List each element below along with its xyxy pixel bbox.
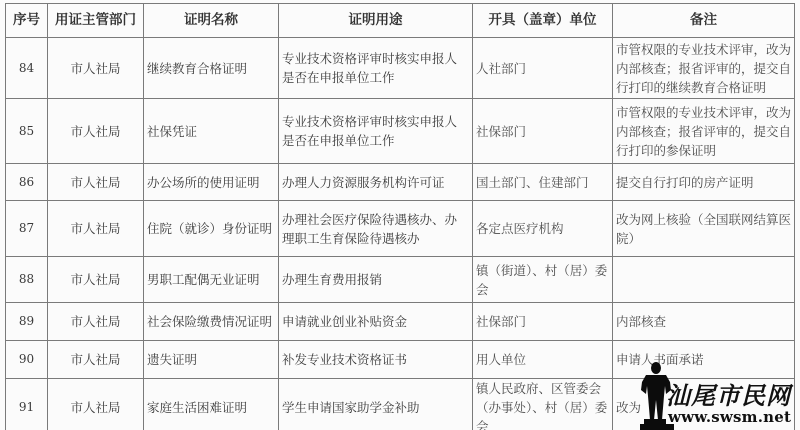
cell-num: 89: [6, 303, 48, 341]
table-row: 91 市人社局 家庭生活困难证明 学生申请国家助学金补助 镇人民政府、区管委会（…: [6, 379, 795, 430]
cell-num: 88: [6, 257, 48, 303]
cell-name: 办公场所的使用证明: [144, 164, 279, 201]
cell-num: 86: [6, 164, 48, 201]
cell-name: 男职工配偶无业证明: [144, 257, 279, 303]
cell-note: 提交自行打印的房产证明: [613, 164, 795, 201]
header-unit: 开具（盖章）单位: [473, 4, 613, 38]
cell-use: 学生申请国家助学金补助: [279, 379, 473, 430]
cell-use: 专业技术资格评审时核实申报人是否在申报单位工作: [279, 38, 473, 99]
cell-note: 市管权限的专业技术评审，改为内部核查；报省评审的，提交自行打印的继续教育合格证明: [613, 38, 795, 99]
cell-note: 改为网上核验（全国联网结算医院）: [613, 201, 795, 257]
cell-unit: 镇（街道）、村（居）委会: [473, 257, 613, 303]
cell-use: 办理人力资源服务机构许可证: [279, 164, 473, 201]
table-row: 84 市人社局 继续教育合格证明 专业技术资格评审时核实申报人是否在申报单位工作…: [6, 38, 795, 99]
table-row: 89 市人社局 社会保险缴费情况证明 申请就业创业补贴资金 社保部门 内部核查: [6, 303, 795, 341]
cell-note: 改为: [613, 379, 795, 430]
cell-dept: 市人社局: [48, 303, 144, 341]
document-page: 序号 用证主管部门 证明名称 证明用途 开具（盖章）单位 备注 84 市人社局 …: [0, 0, 800, 430]
cell-note: 内部核查: [613, 303, 795, 341]
cell-dept: 市人社局: [48, 379, 144, 430]
cell-dept: 市人社局: [48, 38, 144, 99]
cell-num: 85: [6, 99, 48, 164]
table-row: 87 市人社局 住院（就诊）身份证明 办理社会医疗保险待遇核办、办理职工生育保险…: [6, 201, 795, 257]
table-row: 88 市人社局 男职工配偶无业证明 办理生育费用报销 镇（街道）、村（居）委会: [6, 257, 795, 303]
cell-name: 社保凭证: [144, 99, 279, 164]
cell-use: 申请就业创业补贴资金: [279, 303, 473, 341]
cell-note: [613, 257, 795, 303]
cell-unit: 各定点医疗机构: [473, 201, 613, 257]
cell-dept: 市人社局: [48, 164, 144, 201]
cell-dept: 市人社局: [48, 99, 144, 164]
header-use: 证明用途: [279, 4, 473, 38]
cell-name: 继续教育合格证明: [144, 38, 279, 99]
table-row: 86 市人社局 办公场所的使用证明 办理人力资源服务机构许可证 国土部门、住建部…: [6, 164, 795, 201]
cell-num: 91: [6, 379, 48, 430]
cell-use: 补发专业技术资格证书: [279, 341, 473, 379]
header-note: 备注: [613, 4, 795, 38]
cell-use: 办理生育费用报销: [279, 257, 473, 303]
table-header-row: 序号 用证主管部门 证明名称 证明用途 开具（盖章）单位 备注: [6, 4, 795, 38]
cell-note: 市管权限的专业技术评审，改为内部核查；报省评审的，提交自行打印的参保证明: [613, 99, 795, 164]
cell-use: 办理社会医疗保险待遇核办、办理职工生育保险待遇核办: [279, 201, 473, 257]
table-row: 85 市人社局 社保凭证 专业技术资格评审时核实申报人是否在申报单位工作 社保部…: [6, 99, 795, 164]
certificate-table: 序号 用证主管部门 证明名称 证明用途 开具（盖章）单位 备注 84 市人社局 …: [5, 3, 795, 430]
cell-note: 申请人书面承诺: [613, 341, 795, 379]
cell-name: 住院（就诊）身份证明: [144, 201, 279, 257]
table-row: 90 市人社局 遗失证明 补发专业技术资格证书 用人单位 申请人书面承诺: [6, 341, 795, 379]
cell-dept: 市人社局: [48, 201, 144, 257]
cell-name: 社会保险缴费情况证明: [144, 303, 279, 341]
header-name: 证明名称: [144, 4, 279, 38]
cell-dept: 市人社局: [48, 257, 144, 303]
cell-use: 专业技术资格评审时核实申报人是否在申报单位工作: [279, 99, 473, 164]
header-dept: 用证主管部门: [48, 4, 144, 38]
cell-unit: 人社部门: [473, 38, 613, 99]
cell-num: 90: [6, 341, 48, 379]
cell-num: 84: [6, 38, 48, 99]
cell-unit: 用人单位: [473, 341, 613, 379]
cell-name: 遗失证明: [144, 341, 279, 379]
header-num: 序号: [6, 4, 48, 38]
cell-dept: 市人社局: [48, 341, 144, 379]
cell-name: 家庭生活困难证明: [144, 379, 279, 430]
cell-num: 87: [6, 201, 48, 257]
cell-unit: 社保部门: [473, 99, 613, 164]
cell-unit: 国土部门、住建部门: [473, 164, 613, 201]
cell-unit: 镇人民政府、区管委会（办事处）、村（居）委会: [473, 379, 613, 430]
cell-unit: 社保部门: [473, 303, 613, 341]
